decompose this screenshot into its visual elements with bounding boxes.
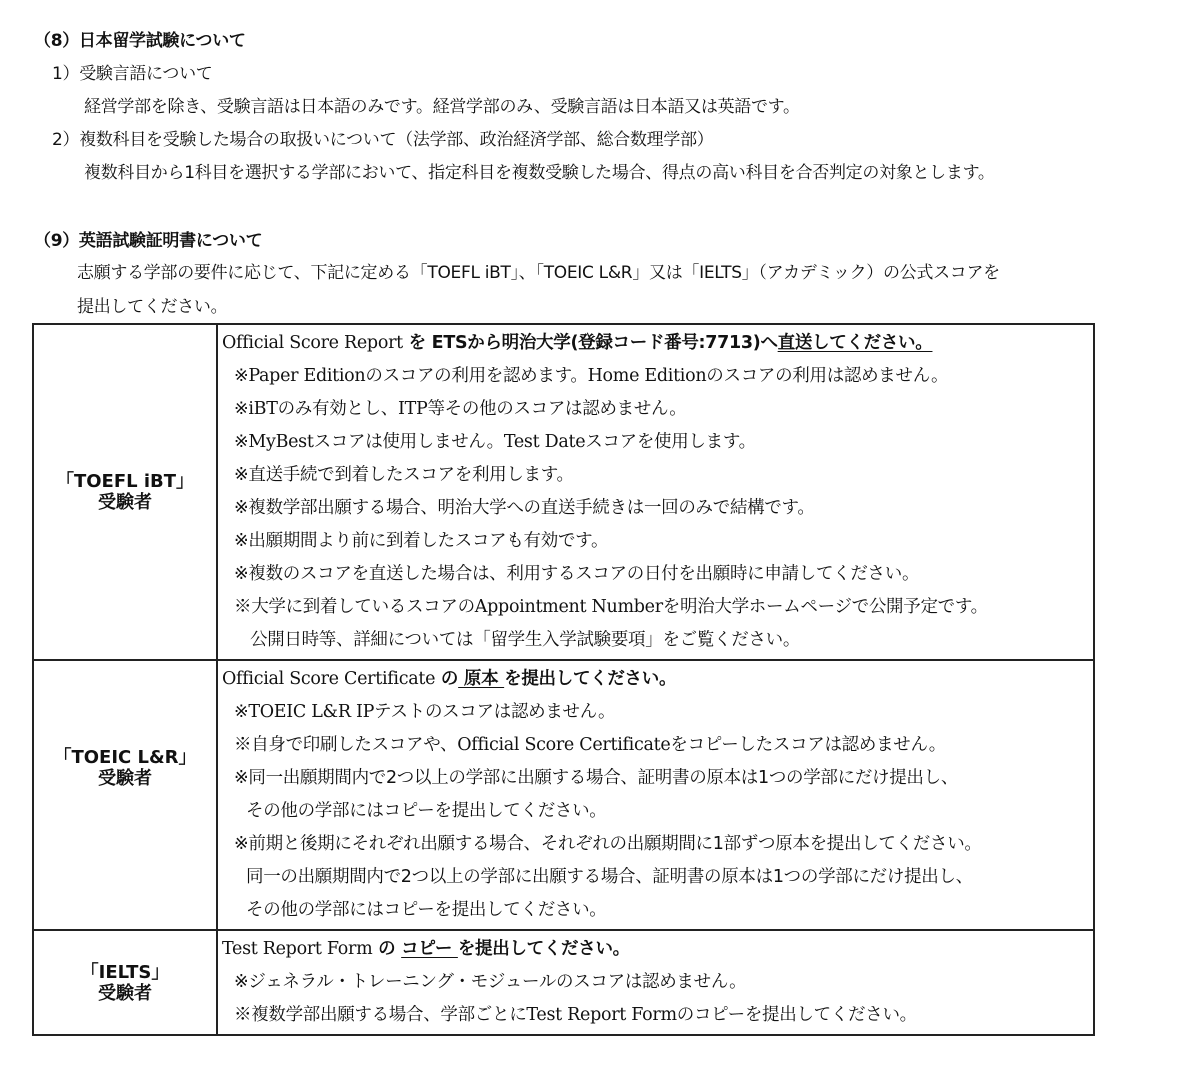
content-cell-ielts: Test Report Form の コピー を提出してください。 ※ジェネラル… xyxy=(217,930,1094,1035)
toefl-note: ※複数学部出願する場合、明治大学への直送手続きは一回のみで結構です。 xyxy=(222,492,1093,525)
label-cell-toefl: 「TOEFL iBT」 受験者 xyxy=(33,324,217,660)
section-9-heading: （9）英語試験証明書について xyxy=(34,230,262,252)
label-ielts-name: 「IELTS」 xyxy=(34,962,216,983)
toefl-note: ※直送手続で到着したスコアを利用します。 xyxy=(222,459,1093,492)
toefl-note: ※複数のスコアを直送した場合は、利用するスコアの日付を出願時に申請してください。 xyxy=(222,558,1093,591)
toefl-note: ※MyBestスコアは使用しません。Test Dateスコアを使用します。 xyxy=(222,426,1093,459)
ielts-instruction-underlined: コピー xyxy=(401,939,458,959)
table-row-toefl: 「TOEFL iBT」 受験者 Official Score Report を … xyxy=(33,324,1094,660)
toefl-instruction-mid: を ETSから明治大学(登録コード番号:7713)へ xyxy=(403,333,778,353)
label-toeic-name: 「TOEIC L&R」 xyxy=(34,747,216,768)
toeic-instruction: Official Score Certificate の 原本 を提出してくださ… xyxy=(222,663,1093,696)
section-8-heading: （8）日本留学試験について xyxy=(34,30,246,52)
toefl-note: ※出願期間より前に到着したスコアも有効です。 xyxy=(222,525,1093,558)
toefl-instruction: Official Score Report を ETSから明治大学(登録コード番… xyxy=(222,327,1093,360)
ielts-instruction-mid: の xyxy=(372,939,401,959)
label-cell-toeic: 「TOEIC L&R」 受験者 xyxy=(33,660,217,930)
english-certificate-table: 「TOEFL iBT」 受験者 Official Score Report を … xyxy=(32,323,1095,1036)
label-cell-ielts: 「IELTS」 受験者 xyxy=(33,930,217,1035)
ielts-instruction: Test Report Form の コピー を提出してください。 xyxy=(222,933,1093,966)
ielts-note: ※ジェネラル・トレーニング・モジュールのスコアは認めません。 xyxy=(222,966,1093,999)
toeic-note: ※自身で印刷したスコアや、Official Score Certificateを… xyxy=(222,729,1093,762)
toeic-note: ※前期と後期にそれぞれ出願する場合、それぞれの出願期間に1部ずつ原本を提出してく… xyxy=(222,828,1093,861)
toefl-note: ※iBTのみ有効とし、ITP等その他のスコアは認めません。 xyxy=(222,393,1093,426)
toeic-instruction-underlined: 原本 xyxy=(458,669,504,689)
table-row-toeic: 「TOEIC L&R」 受験者 Official Score Certifica… xyxy=(33,660,1094,930)
content-cell-toefl: Official Score Report を ETSから明治大学(登録コード番… xyxy=(217,324,1094,660)
toeic-note-continuation: その他の学部にはコピーを提出してください。 xyxy=(222,894,1093,927)
toeic-instruction-mid: の xyxy=(435,669,458,689)
toeic-note-continuation: その他の学部にはコピーを提出してください。 xyxy=(222,795,1093,828)
toeic-note: ※同一出願期間内で2つ以上の学部に出願する場合、証明書の原本は1つの学部にだけ提… xyxy=(222,762,1093,795)
label-toeic-examinee: 受験者 xyxy=(34,768,216,789)
label-ielts-examinee: 受験者 xyxy=(34,983,216,1004)
label-toefl-name: 「TOEFL iBT」 xyxy=(34,471,216,492)
ielts-note: ※複数学部出願する場合、学部ごとにTest Report Formのコピーを提出… xyxy=(222,999,1093,1032)
toeic-note-continuation: 同一の出願期間内で2つ以上の学部に出願する場合、証明書の原本は1つの学部にだけ提… xyxy=(222,861,1093,894)
toeic-note: ※TOEIC L&R IPテストのスコアは認めません。 xyxy=(222,696,1093,729)
toefl-note: ※大学に到着しているスコアのAppointment Numberを明治大学ホーム… xyxy=(222,591,1093,624)
toefl-instruction-underlined: 直送してください。 xyxy=(778,333,933,353)
toeic-instruction-tail: を提出してください。 xyxy=(504,669,676,689)
section-8-item-1-body: 経営学部を除き、受験言語は日本語のみです。経営学部のみ、受験言語は日本語又は英語… xyxy=(84,96,800,118)
ielts-instruction-doc: Test Report Form xyxy=(222,939,372,959)
section-9-intro-line-1: 志願する学部の要件に応じて、下記に定める「TOEFL iBT」、「TOEIC L… xyxy=(77,262,1000,284)
label-toefl-examinee: 受験者 xyxy=(34,492,216,513)
toefl-note: ※Paper Editionのスコアの利用を認めます。Home Editionの… xyxy=(222,360,1093,393)
toefl-note-continuation: 公開日時等、詳細については「留学生入学試験要項」をご覧ください。 xyxy=(222,624,1093,657)
content-cell-toeic: Official Score Certificate の 原本 を提出してくださ… xyxy=(217,660,1094,930)
toefl-instruction-doc: Official Score Report xyxy=(222,333,403,353)
ielts-instruction-tail: を提出してください。 xyxy=(458,939,630,959)
section-8-item-1-heading: 1）受験言語について xyxy=(52,63,212,85)
toeic-instruction-doc: Official Score Certificate xyxy=(222,669,435,689)
section-8-item-2-heading: 2）複数科目を受験した場合の取扱いについて（法学部、政治経済学部、総合数理学部） xyxy=(52,129,713,151)
section-9-intro-line-2: 提出してください。 xyxy=(77,296,227,318)
table-row-ielts: 「IELTS」 受験者 Test Report Form の コピー を提出して… xyxy=(33,930,1094,1035)
section-8-item-2-body: 複数科目から1科目を選択する学部において、指定科目を複数受験した場合、得点の高い… xyxy=(84,162,995,184)
